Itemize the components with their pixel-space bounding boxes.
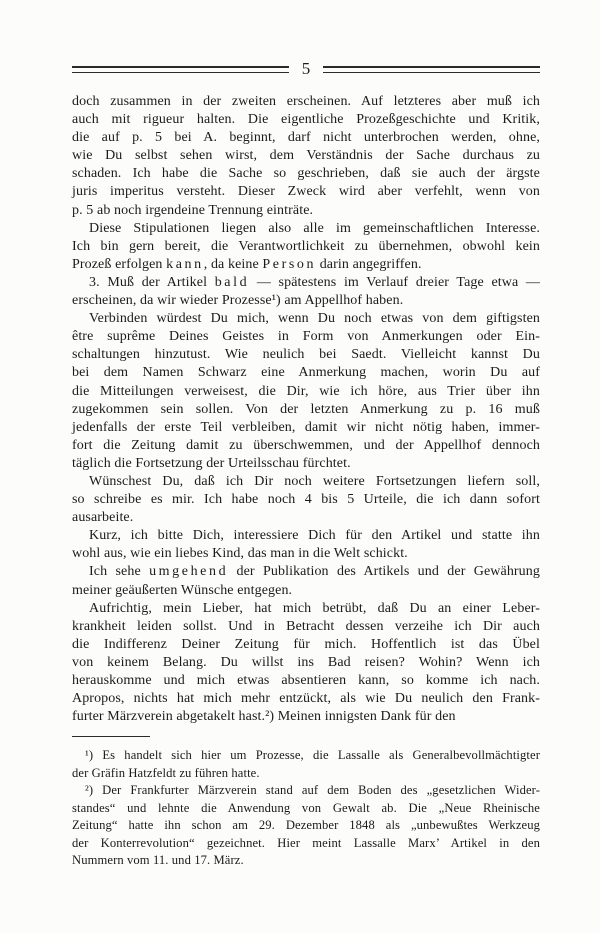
text-line: wohl aus, wie ein liebes Kind, das man i… <box>72 545 540 563</box>
footnote-separator <box>72 736 150 737</box>
text-line: doch zusammen in der zweiten erscheinen.… <box>72 93 540 111</box>
text-line: schaltungen hinzutust. Wie neulich bei S… <box>72 346 540 364</box>
footnote: ²) Der Frankfurter Märzverein stand auf … <box>72 782 540 870</box>
book-page: 5 doch zusammen in der zweiten erscheine… <box>0 0 600 933</box>
text-line: bei dem Namen Schwarz eine Anmerkung mac… <box>72 364 540 382</box>
text-line: Apropos, nichts hat mich mehr entzückt, … <box>72 690 540 708</box>
text-line: auch mit rigueur halten. Die eigentliche… <box>72 111 540 129</box>
text-line: die auf p. 5 bei A. beginnt, darf nicht … <box>72 129 540 147</box>
footnotes: ¹) Es handelt sich hier um Prozesse, die… <box>72 747 540 870</box>
text-line: p. 5 ab noch irgendeine Trennung einträt… <box>72 202 540 220</box>
text-line: die Indifferenz Deiner Zeitung für mich.… <box>72 636 540 654</box>
text-line: zugekommen sein sollen. Von der letzten … <box>72 401 540 419</box>
letterspaced-word: Person <box>262 257 316 272</box>
header-rule-right <box>323 66 540 73</box>
text-line: täglich die Fortsetzung der Urteilsschau… <box>72 455 540 473</box>
text-line: Kurz, ich bitte Dich, interessiere Dich … <box>72 527 540 545</box>
text-line: meiner geäußerten Wünsche entgegen. <box>72 582 540 600</box>
text-line: fort die Zeitung damit zu überschwemmen,… <box>72 437 540 455</box>
text-line: die Mitteilungen verweisest, die Dir, wi… <box>72 383 540 401</box>
paragraph: doch zusammen in der zweiten erscheinen.… <box>72 93 540 220</box>
text-line: krankheit leiden sollst. Und in Betracht… <box>72 618 540 636</box>
text-line: Ich sehe umgehend der Publikation des Ar… <box>72 563 540 581</box>
letterspaced-word: umgehend <box>149 564 228 579</box>
text-line: Ich bin gern bereit, die Verantwortlichk… <box>72 238 540 256</box>
footnote: ¹) Es handelt sich hier um Prozesse, die… <box>72 747 540 782</box>
paragraph: Kurz, ich bitte Dich, interessiere Dich … <box>72 527 540 563</box>
text-line: Wünschest Du, daß ich Dir noch weitere F… <box>72 473 540 491</box>
text-line: herauskomme und mich etwas absentieren k… <box>72 672 540 690</box>
paragraph: 3. Muß der Artikel bald — spätestens im … <box>72 274 540 310</box>
text-line: ¹) Es handelt sich hier um Prozesse, die… <box>72 747 540 765</box>
text-line: Aufrichtig, mein Lieber, hat mich betrüb… <box>72 600 540 618</box>
text-line: Verbinden würdest Du mich, wenn Du noch … <box>72 310 540 328</box>
text-line: von keinem Belang. Du willst ins Bad rei… <box>72 654 540 672</box>
text-line: furter Märzverein abgetakelt hast.²) Mei… <box>72 708 540 726</box>
text-line: schaden. Ich habe die Sache so geschrieb… <box>72 165 540 183</box>
paragraph: Ich sehe umgehend der Publikation des Ar… <box>72 563 540 599</box>
text-line: être suprême Deines Geistes in Form von … <box>72 328 540 346</box>
text-line: Zeitung“ hatte ihn schon am 29. Dezember… <box>72 817 540 835</box>
text-line: Nummern vom 11. und 17. März. <box>72 852 540 870</box>
paragraph: Aufrichtig, mein Lieber, hat mich betrüb… <box>72 600 540 727</box>
page-header: 5 <box>72 59 540 79</box>
paragraph: Wünschest Du, daß ich Dir noch weitere F… <box>72 473 540 527</box>
letter-body: doch zusammen in der zweiten erscheinen.… <box>72 93 540 726</box>
text-line: juris imperitus versteht. Dieser Zweck w… <box>72 183 540 201</box>
header-rule-left <box>72 66 289 73</box>
letterspaced-word: bald <box>215 275 250 290</box>
paragraph: Diese Stipulationen liegen also alle im … <box>72 220 540 274</box>
text-line: jedenfalls der erste Teil verbleiben, da… <box>72 419 540 437</box>
page-number: 5 <box>289 59 324 79</box>
text-line: Diese Stipulationen liegen also alle im … <box>72 220 540 238</box>
text-line: ausarbeite. <box>72 509 540 527</box>
letterspaced-word: kann <box>166 257 204 272</box>
text-line: der Gräfin Hatzfeldt zu führen hatte. <box>72 765 540 783</box>
paragraph: Verbinden würdest Du mich, wenn Du noch … <box>72 310 540 473</box>
text-line: 3. Muß der Artikel bald — spätestens im … <box>72 274 540 292</box>
text-line: der Konterrevolution“ gezeichnet. Hier m… <box>72 835 540 853</box>
text-line: standes“ und lehnte die Anwendung von Ge… <box>72 800 540 818</box>
text-line: wie Du selbst sehen wirst, dem Verständn… <box>72 147 540 165</box>
text-line: Prozeß erfolgen kann, da keine Person da… <box>72 256 540 274</box>
text-line: erscheinen, da wir wieder Prozesse¹) am … <box>72 292 540 310</box>
text-line: so schreibe es mir. Ich habe noch 4 bis … <box>72 491 540 509</box>
text-line: ²) Der Frankfurter Märzverein stand auf … <box>72 782 540 800</box>
